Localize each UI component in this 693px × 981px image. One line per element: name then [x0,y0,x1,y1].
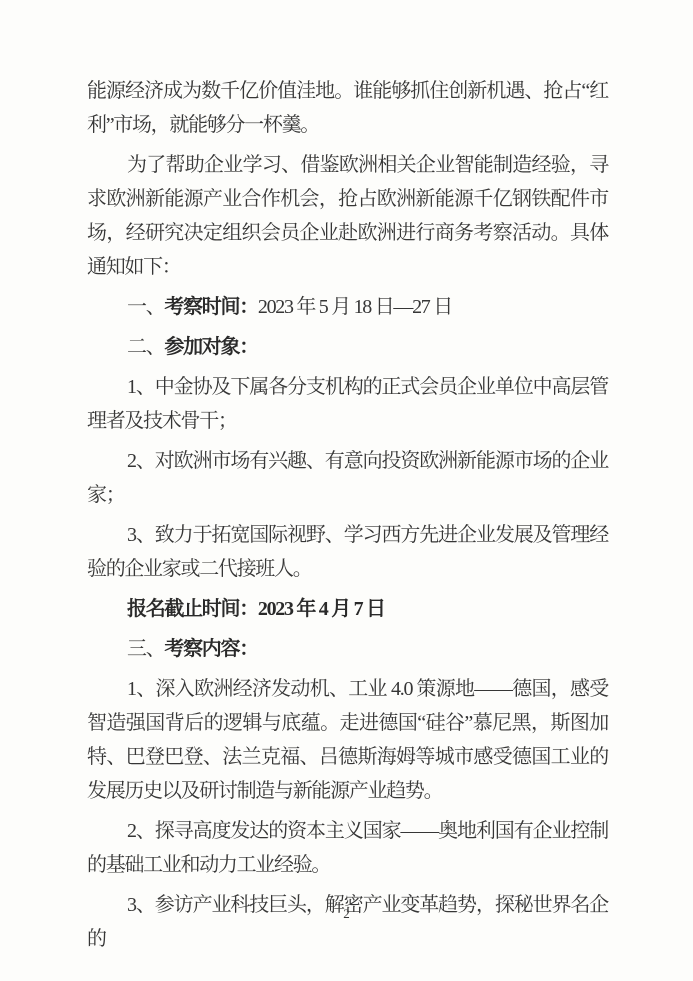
paragraph: 三、考察内容： [87,632,608,666]
body-text: 一、 [127,296,164,318]
document-body: 能源经济成为数千亿价值洼地。谁能够抓住创新机遇、抢占“红利”市场，就能够分一杯羹… [87,74,608,962]
body-text: 为了帮助企业学习、借鉴欧洲相关企业智能制造经验，寻求欧洲新能源产业合作机会，抢占… [87,154,608,278]
document-page: 能源经济成为数千亿价值洼地。谁能够抓住创新机遇、抢占“红利”市场，就能够分一杯羹… [0,0,693,981]
paragraph: 2、探寻高度发达的资本主义国家——奥地利国有企业控制的基础工业和动力工业经验。 [87,814,608,882]
paragraph: 二、参加对象： [87,330,608,364]
body-text: 2023 年 5 月 18 日—27 日 [258,296,452,318]
paragraph: 1、中金协及下属各分支机构的正式会员企业单位中高层管理者及技术骨干； [87,370,608,438]
body-text: 三、 [127,638,164,660]
body-text: 3、致力于拓宽国际视野、学习西方先进企业发展及管理经验的企业家或二代接班人。 [87,524,608,580]
paragraph: 3、参访产业科技巨头，解密产业变革趋势，探秘世界名企的 [87,888,608,956]
body-text: 3、参访产业科技巨头，解密产业变革趋势，探秘世界名企的 [87,894,608,950]
paragraph: 报名截止时间：2023 年 4 月 7 日 [87,592,608,626]
bold-text: 参加对象： [164,336,258,358]
body-text: 能源经济成为数千亿价值洼地。谁能够抓住创新机遇、抢占“红利”市场，就能够分一杯羹… [87,80,608,136]
paragraph: 1、深入欧洲经济发动机、工业 4.0 策源地——德国，感受智造强国背后的逻辑与底… [87,672,608,808]
paragraph: 2、对欧洲市场有兴趣、有意向投资欧洲新能源市场的企业家； [87,444,608,512]
bold-text: 考察内容： [164,638,258,660]
paragraph: 3、致力于拓宽国际视野、学习西方先进企业发展及管理经验的企业家或二代接班人。 [87,518,608,586]
body-text: 二、 [127,336,164,358]
body-text: 1、深入欧洲经济发动机、工业 4.0 策源地——德国，感受智造强国背后的逻辑与底… [87,678,608,802]
body-text: 2、对欧洲市场有兴趣、有意向投资欧洲新能源市场的企业家； [87,450,608,506]
body-text: 2、探寻高度发达的资本主义国家——奥地利国有企业控制的基础工业和动力工业经验。 [87,820,608,876]
paragraph: 一、考察时间：2023 年 5 月 18 日—27 日 [87,290,608,324]
paragraph: 为了帮助企业学习、借鉴欧洲相关企业智能制造经验，寻求欧洲新能源产业合作机会，抢占… [87,148,608,284]
bold-text: 报名截止时间：2023 年 4 月 7 日 [127,598,385,620]
page-number: 2 [0,906,693,922]
bold-text: 考察时间： [164,296,258,318]
paragraph: 能源经济成为数千亿价值洼地。谁能够抓住创新机遇、抢占“红利”市场，就能够分一杯羹… [87,74,608,142]
body-text: 1、中金协及下属各分支机构的正式会员企业单位中高层管理者及技术骨干； [87,376,608,432]
